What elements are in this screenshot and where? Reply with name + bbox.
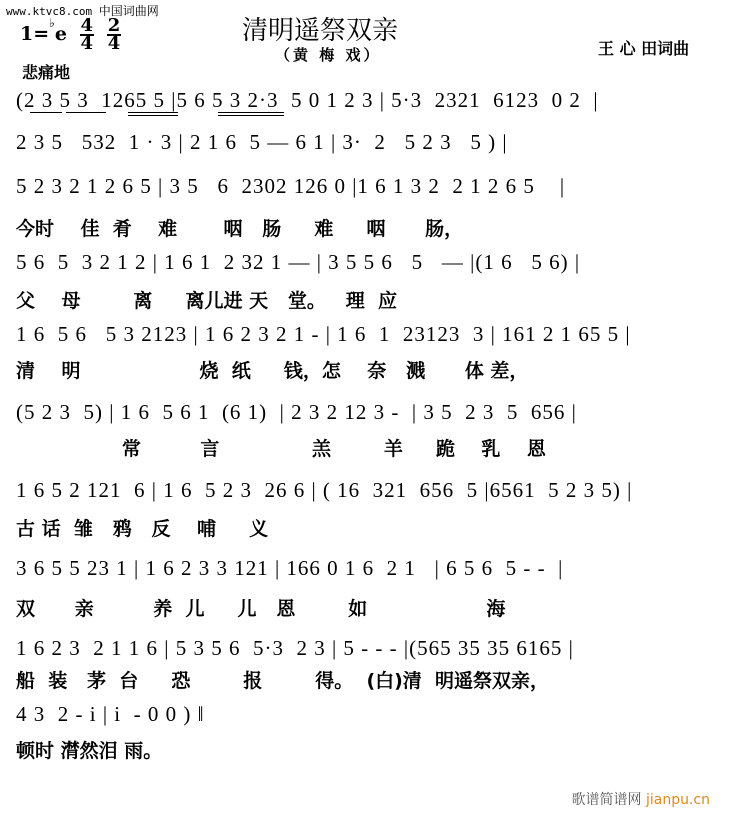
beam [218, 115, 284, 116]
staff-line-8-lyrics: 双 亲 养 儿 儿 恩 如 海 [16, 594, 505, 621]
song-subtitle: （黄 梅 戏） [275, 44, 381, 65]
watermark: 歌谱简谱网 jianpu.cn [572, 789, 710, 809]
staff-line-3-lyrics: 今时 佳 肴 难 咽 肠 难 咽 肠， [16, 214, 463, 241]
key-signature: 1=♭e 44 24 [20, 18, 121, 52]
time-signature-2-4: 24 [107, 18, 122, 52]
song-title: 清明遥祭双亲 [242, 10, 398, 47]
staff-line-2-notes: 2 3 5 532 1 · 3 | 2 1 6 5 — 6 1 | 3· 2 5… [16, 130, 508, 155]
beam [128, 115, 178, 116]
staff-line-8-notes: 3 6 5 5 23 1 | 1 6 2 3 3 121 | 166 0 1 6… [16, 556, 563, 581]
staff-line-1-notes: (2 3 5 3 1265 5 |5 6 5 3 2·3 5 0 1 2 3 |… [16, 88, 599, 113]
staff-line-6-notes: (5 2 3 5) | 1 6 5 6 1 (6 1) | 2 3 2 12 3… [16, 400, 577, 425]
staff-line-9-notes: 1 6 2 3 2 1 1 6 | 5 3 5 6 5·3 2 3 | 5 - … [16, 636, 574, 661]
beam [218, 112, 284, 113]
staff-line-3-notes: 5 2 3 2 1 2 6 5 | 3 5 6 2302 126 0 |1 6 … [16, 174, 565, 199]
staff-line-7-lyrics: 古 话 雏 鸦 反 哺 义 [16, 514, 268, 541]
staff-line-10-lyrics: 顿时 潸然泪 雨。 [16, 736, 162, 763]
time-signature-4-4: 44 [80, 18, 95, 52]
beam [66, 112, 106, 113]
beam [128, 112, 178, 113]
staff-line-4-lyrics: 父 母 离 离儿进 天 堂。 理 应 [16, 286, 397, 313]
tempo-marking: 悲痛地 [22, 60, 70, 83]
flat-symbol: ♭ [49, 16, 55, 30]
staff-line-9-lyrics: 船 装 茅 台 恐 报 得。 (白)清 明遥祭双亲， [16, 666, 549, 693]
staff-line-10-notes: 4 3 2 - i | i - 0 0 ) ‖ [16, 702, 205, 727]
staff-line-5-lyrics: 清 明 烧 纸 钱，怎 奈 溅 体 差， [16, 356, 528, 383]
staff-line-4-notes: 5 6 5 3 2 1 2 | 1 6 1 2 32 1 — | 3 5 5 6… [16, 250, 580, 275]
staff-line-7-notes: 1 6 5 2 121 6 | 1 6 5 2 3 26 6 | ( 16 32… [16, 478, 632, 503]
author-credit: 王 心 田词曲 [598, 36, 689, 59]
staff-line-6-lyrics: 常 言 羔 羊 跪 乳 恩 [16, 434, 546, 461]
beam [30, 112, 62, 113]
staff-line-5-notes: 1 6 5 6 5 3 2123 | 1 6 2 3 2 1 - | 1 6 1… [16, 322, 631, 347]
